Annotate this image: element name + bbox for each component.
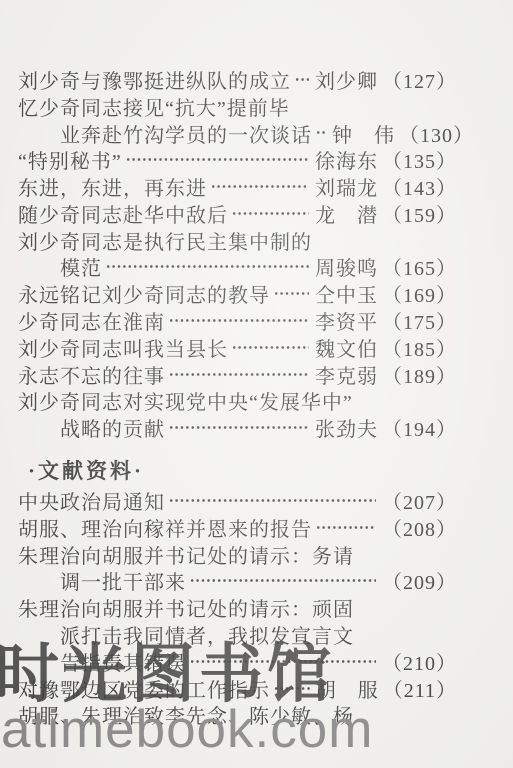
dot-leader: [169, 425, 309, 430]
dot-leader: [169, 372, 309, 377]
toc-entry: 刘少奇同志对实现党中央“发展华中”: [18, 388, 457, 415]
toc-entry: “特别秘书” 徐海东 （135）: [18, 146, 457, 173]
entry-title: 忆少奇同志接见“抗大”提前毕: [18, 92, 290, 121]
toc-entry: 调一批干部来 （209）: [18, 568, 457, 595]
entry-title: 中央政治局通知: [18, 486, 165, 515]
dot-leader: [232, 345, 309, 350]
entry-title: 刘少奇与豫鄂挺进纵队的成立: [18, 65, 291, 94]
dot-leader: [106, 264, 309, 269]
entry-page-number: （207）: [382, 486, 457, 515]
entry-page-number: （169）: [382, 279, 457, 308]
dot-leader: [316, 525, 376, 530]
dot-leader: [316, 130, 326, 135]
dot-leader: [295, 77, 309, 82]
toc-entry: 派打击我同情者，我拟发宣言文: [18, 621, 457, 648]
entry-author: 李克弱: [315, 360, 378, 389]
toc-entry: 刘少奇与豫鄂挺进纵队的成立 刘少卿 （127）: [18, 66, 457, 93]
toc-entry: 东进，东进，再东进 刘瑞龙 （143）: [18, 173, 457, 200]
entry-page-number: （159）: [382, 199, 457, 228]
entry-author: 胡 服: [316, 674, 379, 703]
entry-title: 告指责其错误: [18, 647, 186, 676]
entry-title: 战略的贡献: [18, 413, 165, 442]
entry-title: 随少奇同志赴华中敌后: [18, 199, 228, 228]
entry-title: “特别秘书”: [18, 145, 122, 174]
entry-author: 龙 潜: [315, 199, 378, 228]
entry-page-number: （185）: [382, 333, 457, 362]
entry-page-number: （211）: [383, 674, 457, 703]
entry-author: 仝中玉: [315, 279, 378, 308]
toc-entry: 随少奇同志赴华中敌后 龙 潜 （159）: [18, 200, 457, 227]
toc-entry: 朱理治向胡服并书记处的请示：顽固: [18, 594, 457, 621]
section-heading: ·文献资料·: [28, 458, 457, 485]
entry-author: 魏文伯: [315, 333, 378, 362]
dot-leader: [126, 157, 309, 162]
dot-leader: [274, 686, 310, 691]
toc-entry: 对豫鄂边区党委的工作指示 胡 服 （211）: [18, 675, 457, 702]
toc-entry: 模范 周骏鸣 （165）: [18, 254, 457, 281]
dot-leader: [190, 578, 376, 583]
entry-page-number: （165）: [382, 252, 457, 281]
entry-title: 永志不忘的往事: [18, 360, 165, 389]
entry-title: 永远铭记刘少奇同志的教导: [18, 279, 270, 308]
toc-entry: 永志不忘的往事 李克弱 （189）: [18, 361, 457, 388]
dot-leader: [211, 184, 309, 189]
table-of-contents: 刘少奇与豫鄂挺进纵队的成立 刘少卿 （127） 忆少奇同志接见“抗大”提前毕 业…: [18, 66, 457, 728]
toc-entry: 永远铭记刘少奇同志的教导 仝中玉 （169）: [18, 280, 457, 307]
entry-author: 张劲夫: [315, 413, 378, 442]
entry-page-number: （194）: [382, 413, 457, 442]
entry-title: 胡服、理治向稼祥并恩来的报告: [18, 513, 312, 542]
entry-title: 东进，东进，再东进: [18, 172, 207, 201]
entry-page-number: （189）: [382, 360, 457, 389]
dot-leader: [232, 211, 309, 216]
toc-entry: 中央政治局通知 （207）: [18, 487, 457, 514]
entry-title: 胡服、朱理治致李先念、陈少敏、杨: [18, 700, 354, 729]
entry-title: 调一批干部来: [18, 566, 186, 595]
entry-title: 少奇同志在淮南: [18, 306, 165, 335]
dot-leader: [274, 291, 309, 296]
toc-entry: 刘少奇同志叫我当县长 魏文伯 （185）: [18, 334, 457, 361]
toc-entry: 朱理治向胡服并书记处的请示：务请: [18, 541, 457, 568]
entry-page-number: （210）: [382, 647, 457, 676]
dot-leader: [190, 659, 376, 664]
dot-leader: [169, 498, 376, 503]
toc-entry: 胡服、朱理治致李先念、陈少敏、杨: [18, 702, 457, 729]
entry-title: 业奔赴竹沟学员的一次谈话: [18, 119, 312, 148]
toc-entry: 业奔赴竹沟学员的一次谈话 钟 伟 （130）: [18, 120, 457, 147]
toc-entry: 告指责其错误 （210）: [18, 648, 457, 675]
entry-page-number: （175）: [382, 306, 457, 335]
dot-leader: [169, 318, 309, 323]
toc-entry: 忆少奇同志接见“抗大”提前毕: [18, 93, 457, 120]
entry-author: 周骏鸣: [315, 252, 378, 281]
toc-entry: 战略的贡献 张劲夫 （194）: [18, 414, 457, 441]
entry-page-number: （208）: [382, 513, 457, 542]
entry-author: 钟 伟: [332, 119, 395, 148]
entry-title: 朱理治向胡服并书记处的请示：务请: [18, 540, 354, 569]
entry-page-number: （209）: [382, 566, 457, 595]
entry-title: 模范: [18, 252, 102, 281]
toc-entry: 刘少奇同志是执行民主集中制的: [18, 227, 457, 254]
toc-entry: 胡服、理治向稼祥并恩来的报告 （208）: [18, 514, 457, 541]
entry-page-number: （130）: [399, 119, 474, 148]
entry-title: 刘少奇同志叫我当县长: [18, 333, 228, 362]
entry-author: 徐海东: [315, 145, 378, 174]
entry-title: 对豫鄂边区党委的工作指示: [18, 674, 270, 703]
entry-title: 派打击我同情者，我拟发宣言文: [18, 620, 354, 649]
entry-author: 李资平: [315, 306, 378, 335]
entry-page-number: （143）: [382, 172, 457, 201]
entry-title: 刘少奇同志是执行民主集中制的: [18, 226, 312, 255]
entry-title: 朱理治向胡服并书记处的请示：顽固: [18, 593, 354, 622]
entry-page-number: （135）: [382, 145, 457, 174]
entry-author: 刘少卿: [315, 65, 378, 94]
entry-title: 刘少奇同志对实现党中央“发展华中”: [18, 386, 353, 415]
entry-page-number: （127）: [382, 65, 457, 94]
entry-author: 刘瑞龙: [315, 172, 378, 201]
book-page: 刘少奇与豫鄂挺进纵队的成立 刘少卿 （127） 忆少奇同志接见“抗大”提前毕 业…: [0, 0, 513, 768]
toc-entry: 少奇同志在淮南 李资平 （175）: [18, 307, 457, 334]
